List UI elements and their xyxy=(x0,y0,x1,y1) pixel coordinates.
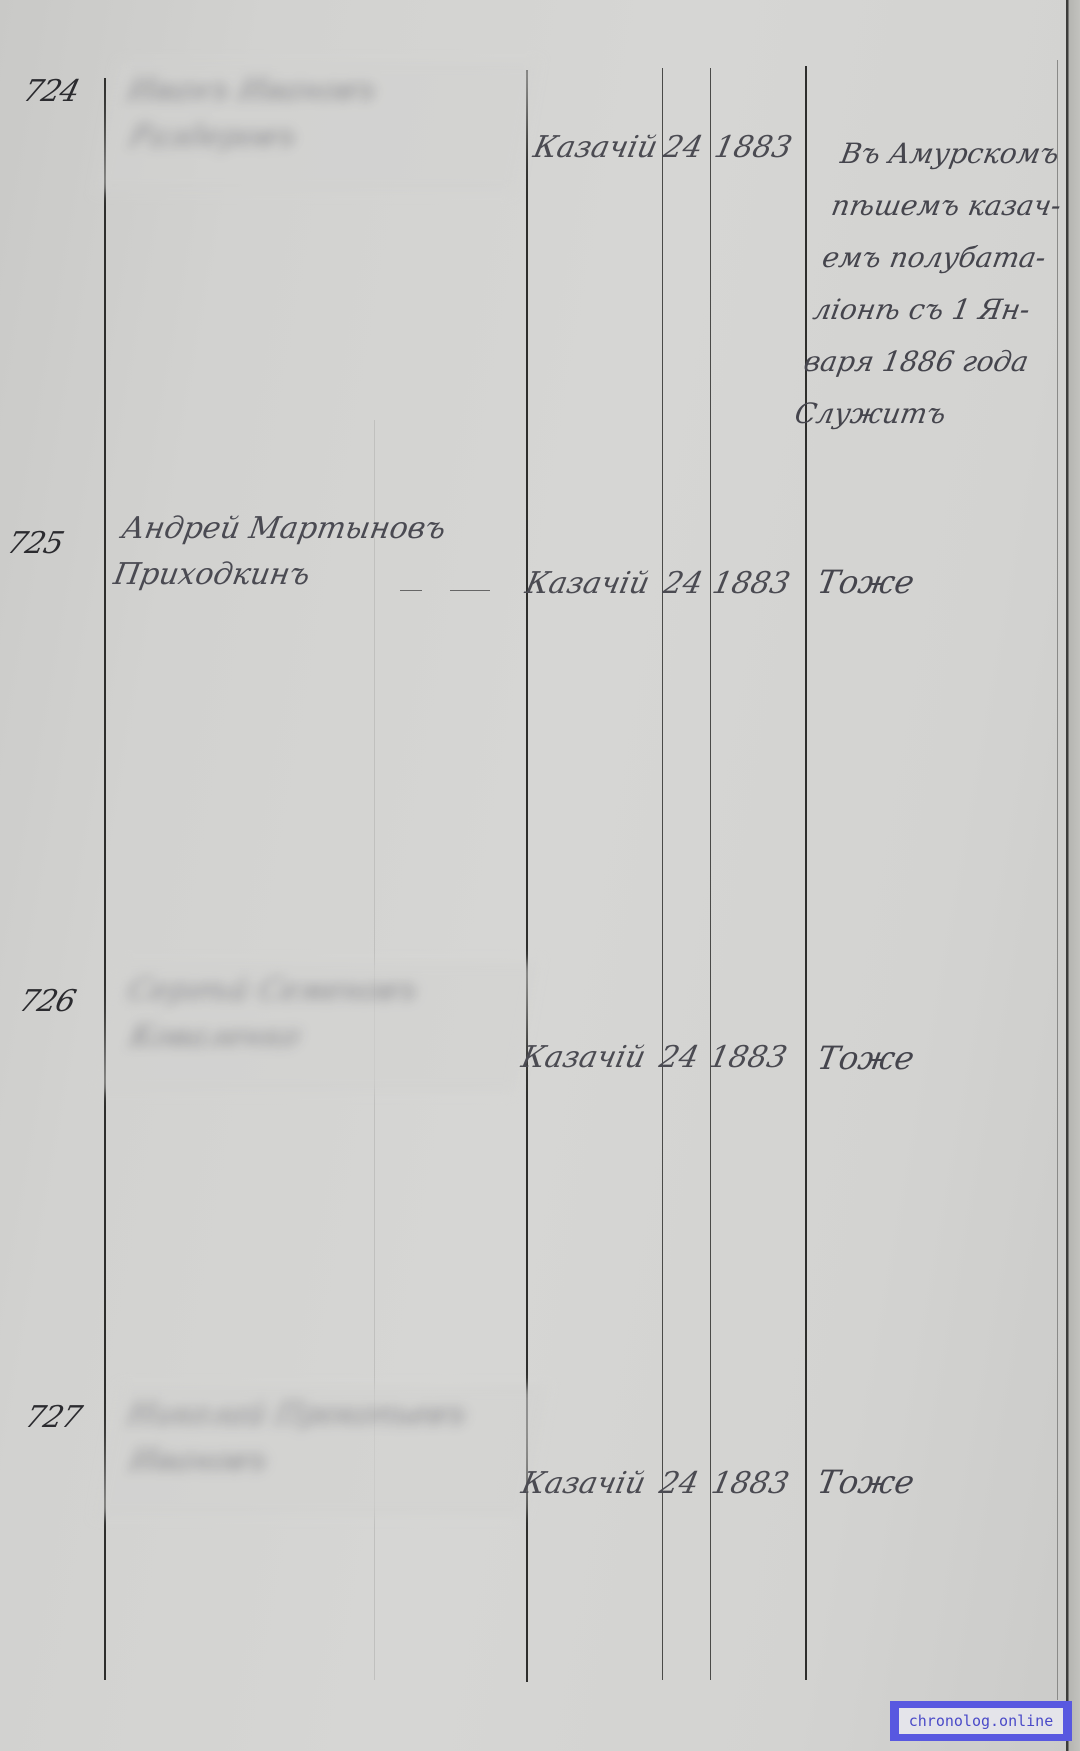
column-rule-age-right xyxy=(710,68,711,1680)
estate: Казачій xyxy=(518,1040,648,1075)
name-redacted: Иванъ Ивановъ Раздеровъ xyxy=(97,62,538,192)
estate: Казачій xyxy=(518,1466,648,1501)
row-number: 727 xyxy=(22,1400,85,1435)
name-redacted: Сергѣй Семеновъ Коваленко xyxy=(97,962,538,1092)
book-spine-edge xyxy=(1066,0,1080,1751)
filler-dash xyxy=(450,590,490,591)
remarks: Тоже xyxy=(813,556,1057,608)
age: 24 xyxy=(656,1466,702,1501)
ledger-page: 724 Иванъ Ивановъ Раздеровъ Казачій 24 1… xyxy=(0,0,1068,1751)
age: 24 xyxy=(660,130,706,165)
year: 1883 xyxy=(709,566,793,601)
row-number: 724 xyxy=(20,74,83,109)
age: 24 xyxy=(656,1040,702,1075)
filler-dash xyxy=(400,590,422,591)
age: 24 xyxy=(660,566,706,601)
row-number: 725 xyxy=(4,526,67,561)
year: 1883 xyxy=(708,1466,792,1501)
watermark-badge: chronolog.online xyxy=(890,1701,1072,1741)
remarks: Тоже xyxy=(813,1032,1057,1084)
column-rule-right xyxy=(1057,60,1058,1700)
column-rule-left xyxy=(104,78,106,1680)
name: Андрей Мартыновъ Приходкинъ xyxy=(110,506,450,598)
name-redacted: Николай Прокопьевъ Ивановъ xyxy=(97,1386,548,1516)
watermark-text: chronolog.online xyxy=(899,1708,1063,1734)
remarks: Тоже xyxy=(813,1456,1057,1508)
year: 1883 xyxy=(706,1040,790,1075)
estate: Казачій xyxy=(530,130,660,165)
column-rule-year-right xyxy=(805,66,807,1680)
column-rule-estate-right xyxy=(662,68,663,1680)
remarks: Въ Амурскомъ пѣшемъ казач- емъ полубата-… xyxy=(790,128,1080,440)
estate: Казачій xyxy=(522,566,652,601)
year: 1883 xyxy=(711,130,795,165)
row-number: 726 xyxy=(16,984,79,1019)
